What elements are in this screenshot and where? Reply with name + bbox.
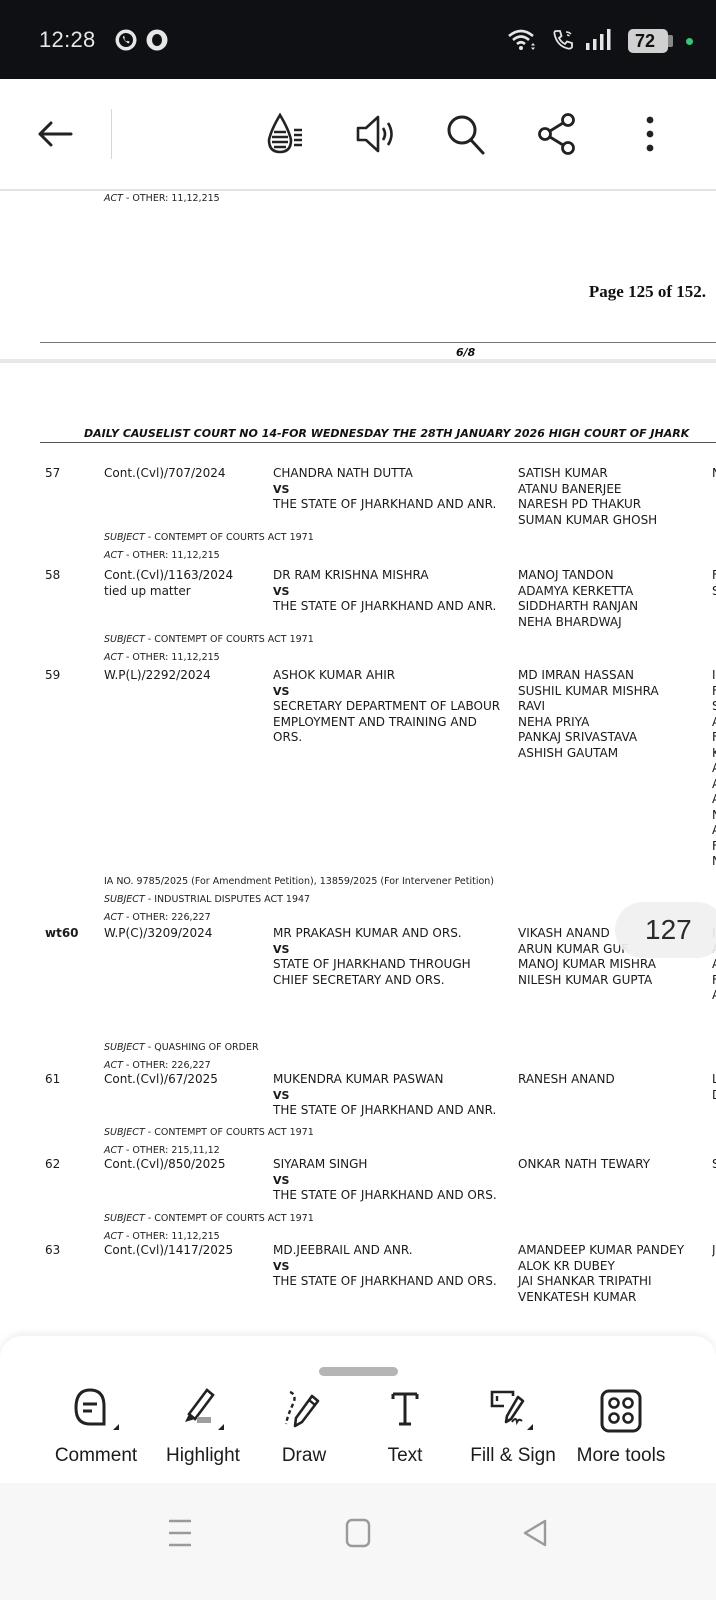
petitioner-advocates: MD IMRAN HASSANSUSHIL KUMAR MISHRARAVINE… (518, 668, 659, 761)
case-number: Cont.(Cvl)/1417/2025 (104, 1243, 233, 1259)
respondent-advocates-clipped: J (712, 1243, 716, 1259)
parties: MR PRAKASH KUMAR AND ORS.VSSTATE OF JHAR… (273, 926, 505, 988)
more-vertical-icon (640, 112, 660, 156)
home-button[interactable] (338, 1513, 378, 1553)
petitioner-advocates: RANESH ANAND (518, 1072, 615, 1088)
advocate-name: AMANDEEP KUMAR PANDEY (518, 1243, 684, 1259)
case-number: Cont.(Cvl)/67/2025 (104, 1072, 218, 1088)
respondent: THE STATE OF JHARKHAND AND ORS. (273, 1188, 505, 1204)
respondent-advocates-clipped: S (712, 1157, 716, 1173)
respondent-advocates-clipped: N (712, 466, 716, 482)
serial-number: 62 (45, 1157, 60, 1173)
status-bar: 12:28 72 (0, 0, 716, 79)
advocate-name: NEHA BHARDWAJ (518, 615, 638, 631)
comment-icon (66, 1386, 126, 1436)
sheet-drag-handle[interactable] (319, 1367, 398, 1376)
advocate-name: NEHA PRIYA (518, 715, 659, 731)
case-number: Cont.(Cvl)/707/2024 (104, 466, 226, 482)
text-icon (375, 1386, 435, 1436)
prev-page-act-line: ACT - OTHER: 11,12,215 (104, 193, 220, 204)
case-number: W.P(L)/2292/2024 (104, 668, 211, 684)
respondent-advocates-clipped: FS (712, 568, 716, 599)
parties: MD.JEEBRAIL AND ANR.VSTHE STATE OF JHARK… (273, 1243, 505, 1290)
signal-icon (585, 28, 613, 52)
home-icon (344, 1517, 372, 1549)
tool-text[interactable]: Text (350, 1381, 460, 1467)
petitioner: ASHOK KUMAR AHIR (273, 668, 505, 684)
petitioner-advocates: MANOJ TANDONADAMYA KERKETTASIDDHARTH RAN… (518, 568, 638, 630)
respondent: THE STATE OF JHARKHAND AND ANR. (273, 599, 505, 615)
act-line: ACT - OTHER: 226,227 (104, 912, 211, 923)
advocate-name: PANKAJ SRIVASTAVA (518, 730, 659, 746)
tools-bottom-sheet: Comment Highlight Draw (0, 1336, 716, 1483)
subject-line: SUBJECT - CONTEMPT OF COURTS ACT 1971 (104, 1213, 314, 1224)
status-time: 12:28 (39, 27, 96, 53)
respondent-advocates-clipped: LD (712, 1072, 716, 1103)
advocate-name: MANOJ KUMAR MISHRA (518, 957, 656, 973)
subject-line: SUBJECT - INDUSTRIAL DISPUTES ACT 1947 (104, 894, 310, 905)
back-button[interactable] (32, 111, 78, 157)
petitioner-advocates: SATISH KUMARATANU BANERJEENARESH PD THAK… (518, 466, 657, 528)
advocate-name: MD IMRAN HASSAN (518, 668, 659, 684)
petitioner: DR RAM KRISHNA MISHRA (273, 568, 505, 584)
versus-label: VS (273, 1088, 505, 1104)
serial-number: 63 (45, 1243, 60, 1259)
page-number-indicator: 127 (615, 902, 716, 958)
advocate-name: VENKATESH KUMAR (518, 1290, 684, 1306)
search-button[interactable] (443, 111, 489, 157)
petitioner: MUKENDRA KUMAR PASWAN (273, 1072, 505, 1088)
tool-highlight[interactable]: Highlight (148, 1381, 258, 1467)
whatsapp-icon (114, 28, 138, 52)
recents-button[interactable] (160, 1513, 200, 1553)
serial-number: 58 (45, 568, 60, 584)
petitioner: MR PRAKASH KUMAR AND ORS. (273, 926, 505, 942)
advocate-name: RANESH ANAND (518, 1072, 615, 1088)
page-separator (0, 359, 716, 363)
case-number: Cont.(Cvl)/1163/2024tied up matter (104, 568, 233, 599)
back-icon (521, 1517, 549, 1549)
respondent: THE STATE OF JHARKHAND AND ANR. (273, 497, 505, 513)
respondent: SECRETARY DEPARTMENT OF LABOUR EMPLOYMEN… (273, 699, 505, 746)
pdf-document-view[interactable]: ACT - OTHER: 11,12,215 Page 125 of 152. … (0, 191, 716, 1336)
toolbar-divider (111, 109, 112, 159)
causelist-header: DAILY CAUSELIST COURT NO 14-FOR WEDNESDA… (84, 427, 689, 440)
respondent-advocates-clipped: IFSAFKAAANAFN (712, 668, 716, 870)
petitioner: SIYARAM SINGH (273, 1157, 505, 1173)
advocate-name: ONKAR NATH TEWARY (518, 1157, 650, 1173)
act-line: ACT - OTHER: 11,12,215 (104, 550, 220, 561)
serial-number: wt60 (45, 926, 79, 942)
wifi-calling-icon (552, 28, 576, 52)
versus-label: VS (273, 482, 505, 498)
case-note: tied up matter (104, 584, 233, 600)
advocate-name: NARESH PD THAKUR (518, 497, 657, 513)
versus-label: VS (273, 1259, 505, 1275)
advocate-name: SIDDHARTH RANJAN (518, 599, 638, 615)
wifi-icon (507, 28, 537, 52)
subject-line: SUBJECT - CONTEMPT OF COURTS ACT 1971 (104, 1127, 314, 1138)
system-navigation-bar (0, 1483, 716, 1600)
share-icon (536, 112, 580, 156)
share-button[interactable] (535, 111, 581, 157)
draw-icon (274, 1386, 334, 1436)
advocate-name: SATISH KUMAR (518, 466, 657, 482)
advocate-name: ALOK KR DUBEY (518, 1259, 684, 1275)
header-rule (40, 442, 716, 443)
subject-line: SUBJECT - QUASHING OF ORDER (104, 1042, 259, 1053)
search-icon (444, 112, 488, 156)
serial-number: 61 (45, 1072, 60, 1088)
page-footer-fraction: 6/8 (456, 346, 475, 359)
advocate-name: ATANU BANERJEE (518, 482, 657, 498)
ring-notification-icon (145, 28, 169, 52)
parties: MUKENDRA KUMAR PASWANVSTHE STATE OF JHAR… (273, 1072, 505, 1119)
recents-icon (166, 1517, 194, 1549)
privacy-indicator-dot (686, 38, 693, 45)
act-line: ACT - OTHER: 11,12,215 (104, 1231, 220, 1242)
petitioner-advocates: AMANDEEP KUMAR PANDEYALOK KR DUBEYJAI SH… (518, 1243, 684, 1305)
versus-label: VS (273, 684, 505, 700)
tool-comment[interactable]: Comment (41, 1381, 151, 1467)
petitioner: MD.JEEBRAIL AND ANR. (273, 1243, 505, 1259)
act-line: ACT - OTHER: 215,11,12 (104, 1145, 220, 1156)
case-number: Cont.(Cvl)/850/2025 (104, 1157, 226, 1173)
advocate-name: MANOJ TANDON (518, 568, 638, 584)
respondent: STATE OF JHARKHAND THROUGH CHIEF SECRETA… (273, 957, 505, 988)
parties: SIYARAM SINGHVSTHE STATE OF JHARKHAND AN… (273, 1157, 505, 1204)
page-number-text: Page 125 of 152. (589, 282, 706, 302)
petitioner: CHANDRA NATH DUTTA (273, 466, 505, 482)
tool-more-tools[interactable]: More tools (566, 1381, 676, 1467)
case-number: W.P(C)/3209/2024 (104, 926, 212, 942)
versus-label: VS (273, 942, 505, 958)
act-line: ACT - OTHER: 11,12,215 (104, 652, 220, 663)
liquid-mode-icon (264, 112, 308, 156)
advocate-name: JAI SHANKAR TRIPATHI (518, 1274, 684, 1290)
serial-number: 57 (45, 466, 60, 482)
respondent: THE STATE OF JHARKHAND AND ORS. (273, 1274, 505, 1290)
ia-line: IA NO. 9785/2025 (For Amendment Petition… (104, 876, 494, 887)
tool-draw[interactable]: Draw (249, 1381, 359, 1467)
advocate-name: SUSHIL KUMAR MISHRA (518, 684, 659, 700)
parties: ASHOK KUMAR AHIRVSSECRETARY DEPARTMENT O… (273, 668, 505, 746)
back-nav-button[interactable] (515, 1513, 555, 1553)
petitioner-advocates: ONKAR NATH TEWARY (518, 1157, 650, 1173)
read-aloud-button[interactable] (353, 111, 399, 157)
advocate-name: RAVI (518, 699, 659, 715)
serial-number: 59 (45, 668, 60, 684)
subject-line: SUBJECT - CONTEMPT OF COURTS ACT 1971 (104, 634, 314, 645)
versus-label: VS (273, 1173, 505, 1189)
act-line: ACT - OTHER: 226,227 (104, 1060, 211, 1071)
highlight-icon (173, 1386, 233, 1436)
subject-line: SUBJECT - CONTEMPT OF COURTS ACT 1971 (104, 532, 314, 543)
battery-indicator: 72 (628, 29, 668, 53)
arrow-left-icon (35, 119, 75, 149)
speaker-icon (354, 112, 398, 156)
fill-sign-icon (478, 1386, 548, 1436)
tool-fill-sign[interactable]: Fill & Sign (458, 1381, 568, 1467)
parties: CHANDRA NATH DUTTAVSTHE STATE OF JHARKHA… (273, 466, 505, 513)
advocate-name: SUMAN KUMAR GHOSH (518, 513, 657, 529)
page-footer-rule (40, 342, 716, 343)
respondent: THE STATE OF JHARKHAND AND ANR. (273, 1103, 505, 1119)
advocate-name: NILESH KUMAR GUPTA (518, 973, 656, 989)
advocate-name: ASHISH GAUTAM (518, 746, 659, 762)
more-tools-icon (591, 1386, 651, 1436)
app-toolbar (0, 79, 716, 189)
parties: DR RAM KRISHNA MISHRAVSTHE STATE OF JHAR… (273, 568, 505, 615)
versus-label: VS (273, 584, 505, 600)
liquid-mode-button[interactable] (263, 111, 309, 157)
advocate-name: ADAMYA KERKETTA (518, 584, 638, 600)
more-options-button[interactable] (627, 111, 673, 157)
